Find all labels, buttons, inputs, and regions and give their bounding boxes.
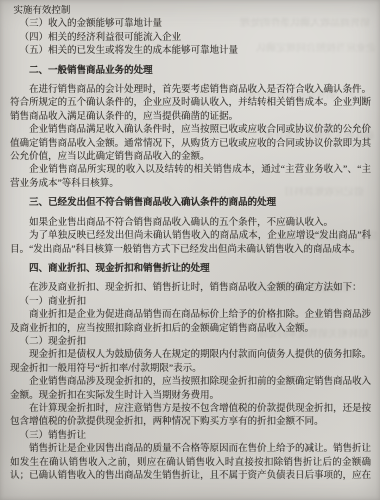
paragraph: 在计算现金折扣时，应注意销售方是按不包含增值税的价款提供现金折扣，还是按包含增值…: [10, 403, 371, 430]
paragraph: 如果企业售出商品不符合销售商品收入确认的五个条件，不应确认收入。: [10, 217, 371, 230]
paragraph: 企业销售商品涉及现金折扣的，应当按照扣除现金折扣前的金额确定销售商品收入金额。现…: [10, 376, 371, 403]
paragraph: 销售折让是企业因售出商品的质量不合格等原因而在售价上给予的减让。销售折让如发生在…: [10, 443, 371, 483]
paragraph: 企业销售商品满足收入确认条件时，应当按照已收或应收合同或协议价款的公允价值确定销…: [10, 124, 371, 164]
list-item: （四）相关的经济利益很可能流入企业: [10, 32, 371, 45]
paragraph: 商业折扣是企业为促进商品销售而在商品标价上给予的价格扣除。企业销售商品涉及商业折…: [10, 309, 371, 336]
paragraph: 企业销售商品所实现的收入以及结转的相关销售成本，通过“主营业务收入”、“主营业务…: [10, 164, 371, 191]
paragraph: 在涉及商业折扣、现金折扣、销售折让时，销售商品收入金额的确定方法如下：: [10, 282, 371, 295]
section-heading: 二、一般销售商品业务的处理: [10, 65, 371, 78]
section-heading: 四、商业折扣、现金折扣和销售折让的处理: [10, 263, 371, 276]
paragraph: 为了单独反映已经发出但尚未确认销售收入的商品成本，企业应增设“发出商品”科目。“…: [10, 230, 371, 257]
paragraph: 现金折扣是债权人为鼓励债务人在规定的期限内付款而向债务人提供的债务扣除。现金折扣…: [10, 349, 371, 376]
document-text: 实施有效控制（三）收入的金额能够可靠地计量（四）相关的经济利益很可能流入企业（五…: [10, 5, 371, 499]
paragraph-continuation: 实施有效控制: [10, 5, 371, 18]
list-item: （三）收入的金额能够可靠地计量: [10, 18, 371, 31]
list-item: （二）现金折扣: [10, 336, 371, 349]
scanned-document-page: 销售商品收入确认条件的处理企业应当按照合同规定确认五、销售退回的账务处理确认收入…: [0, 0, 380, 500]
list-item: （一）商业折扣: [10, 296, 371, 309]
section-heading: 三、已经发出但不符合销售商品收入确认条件的商品的处理: [10, 197, 371, 210]
list-item: （三）销售折让: [10, 430, 371, 443]
list-item: （五）相关的已发生或将发生的成本能够可靠地计量: [10, 45, 371, 58]
paragraph: 在进行销售商品的会计处理时，首先要考虑销售商品收入是否符合收入确认条件。符合所规…: [10, 84, 371, 124]
